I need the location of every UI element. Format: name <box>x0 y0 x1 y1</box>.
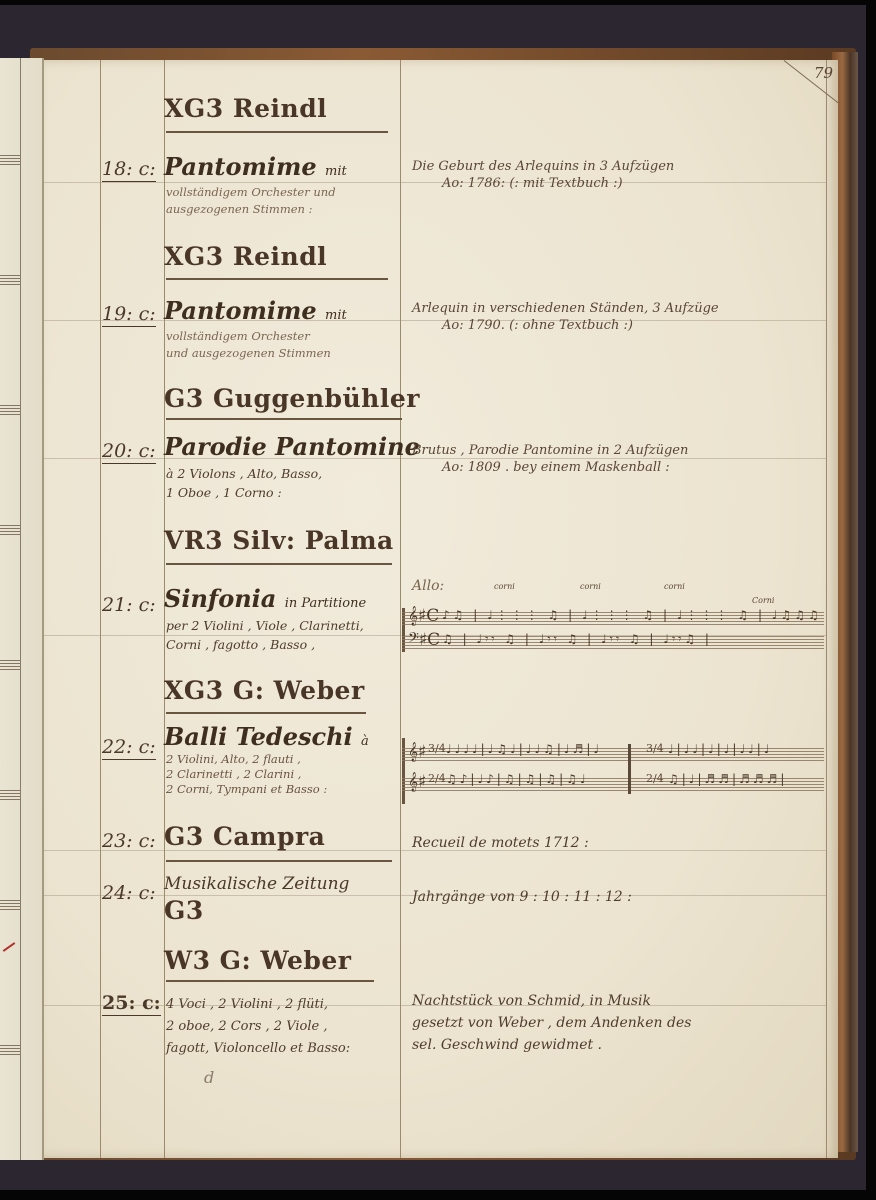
red-pencil-mark <box>3 942 16 952</box>
lower-notes-2: ♫|♩|♬♬|♬♬♬| <box>668 772 818 786</box>
instrumentation: per 2 Violini , Viole , Clarinetti, Corn… <box>166 616 402 654</box>
instrumentation: 4 Voci , 2 Violini , 2 flüti, 2 oboe, 2 … <box>166 994 402 1060</box>
music-label: corni <box>664 582 685 591</box>
left-page-rule <box>20 58 21 1160</box>
composer-rule <box>166 131 388 133</box>
music-label: Corni <box>752 596 774 605</box>
scan-border-top <box>0 0 876 5</box>
time-signature: 3/4 <box>428 742 446 755</box>
instrumentation: à 2 Violons , Alto, Basso, 1 Oboe , 1 Co… <box>166 464 402 502</box>
composer-rule <box>166 278 388 280</box>
remark: Brutus , Parodie Pantomine in 2 Aufzügen… <box>412 442 832 476</box>
composer-heading: XG3 Reindl <box>164 94 327 123</box>
treble-clef-icon: 𝄞♯ <box>408 742 426 762</box>
remark: Recueil de motets 1712 : <box>412 832 832 854</box>
time-signature: 3/4 <box>646 742 664 755</box>
column-rule-number <box>100 60 101 1158</box>
entry-title: Sinfonia in Partitione <box>164 584 366 613</box>
music-incipit: 𝄞♯C 𝄢♯C ♪♫ | ♩⋮⋮⋮ ♫ | ♩⋮⋮⋮ ♫ | ♩⋮⋮⋮ ♫ | … <box>402 608 824 652</box>
composer-heading: G3 Guggenbühler <box>164 384 420 413</box>
remark: Nachtstück von Schmid, in Musik gesetzt … <box>412 990 832 1056</box>
scan-border-bottom <box>0 1190 876 1200</box>
left-staff-fragment <box>0 273 20 287</box>
left-staff-fragment <box>0 403 20 417</box>
left-staff-fragment <box>0 523 20 537</box>
composer-rule <box>166 418 402 420</box>
composer-heading: G3 Campra <box>164 822 325 851</box>
music-label: corni <box>580 582 601 591</box>
entry-number: 24: c: <box>102 882 156 904</box>
entry-number: 22: c: <box>102 736 156 760</box>
left-staff-fragment <box>0 788 20 802</box>
composer-rule <box>166 980 374 982</box>
page-number: 79 <box>814 64 833 82</box>
instrumentation: vollständigem Orchester und ausgezogenen… <box>166 328 402 362</box>
music-incipit: 𝄞♯ 𝄞♯ 3/4 2/4 3/4 2/4 ♩♩♩♩|♩♫♩|♩♩♫|♩♬|♩ … <box>402 738 824 804</box>
music-label: corni <box>494 582 515 591</box>
tempo-marking: Allo: <box>412 578 444 594</box>
instrumentation: 2 Violini, Alto, 2 flauti , 2 Clarinetti… <box>166 752 402 797</box>
entry-title: Pantomime mit <box>164 152 347 181</box>
time-signature: 2/4 <box>646 772 664 785</box>
composer-heading: G3 <box>164 896 204 925</box>
time-signature: 2/4 <box>428 772 446 785</box>
upper-notes-2: ♩|♩♩|♩|♩|♩♩|♩ <box>668 742 818 756</box>
entry-title: Balli Tedeschi à <box>164 722 369 751</box>
treble-clef-icon: 𝄞♯ <box>408 772 426 792</box>
left-staff-fragment <box>0 1043 20 1057</box>
entry-title: Musikalische Zeitung <box>164 874 349 894</box>
left-staff-fragment <box>0 153 20 167</box>
entry-number: 18: c: <box>102 158 156 182</box>
upper-notes: ♩♩♩♩|♩♫♩|♩♩♫|♩♬|♩ <box>446 742 636 756</box>
double-barline <box>628 744 631 794</box>
bass-clef-icon: 𝄢♯C <box>408 630 440 650</box>
entry-title: Parodie Pantomine <box>164 432 420 461</box>
remark: Die Geburt des Arlequins in 3 Aufzügen A… <box>412 158 832 192</box>
entry-number: 25: c: <box>102 992 161 1016</box>
instrumentation: vollständigem Orchester und ausgezogenen… <box>166 184 402 218</box>
composer-heading: W3 G: Weber <box>164 946 351 975</box>
pencil-mark: d <box>204 1068 214 1087</box>
composer-rule <box>166 860 392 862</box>
scan-border-right <box>866 0 876 1200</box>
catalogue-page: 79 XG3 Reindl 18: c: Pantomime mit volls… <box>44 60 838 1158</box>
lower-notes: ♫♪|♩♪|♫|♫|♫|♫♩ <box>446 772 636 786</box>
composer-heading: XG3 Reindl <box>164 242 327 271</box>
entry-number: 19: c: <box>102 303 156 327</box>
left-staff-fragment <box>0 898 20 912</box>
treble-notes: ♪♫ | ♩⋮⋮⋮ ♫ | ♩⋮⋮⋮ ♫ | ♩⋮⋮⋮ ♫ | ♩♫♫♫ | <box>442 608 818 622</box>
composer-rule <box>166 563 392 565</box>
left-staff-fragment <box>0 658 20 672</box>
treble-clef-icon: 𝄞♯C <box>408 606 439 626</box>
composer-rule <box>166 712 366 714</box>
remark: Arlequin in verschiedenen Ständen, 3 Auf… <box>412 300 832 334</box>
remark: Jahrgänge von 9 : 10 : 11 : 12 : <box>412 886 832 908</box>
entry-number: 23: c: <box>102 830 156 852</box>
entry-number: 21: c: <box>102 594 156 616</box>
composer-heading: VR3 Silv: Palma <box>164 526 394 555</box>
composer-heading: XG3 G: Weber <box>164 676 365 705</box>
left-page-edge <box>0 58 44 1160</box>
entry-title: Pantomime mit <box>164 296 347 325</box>
bass-notes: ♫ | ♩𝄾𝄾 ♫ | ♩𝄾𝄾 ♫ | ♩𝄾𝄾 ♫ | ♩𝄾𝄾♫ | <box>442 632 818 647</box>
entry-number: 20: c: <box>102 440 156 464</box>
